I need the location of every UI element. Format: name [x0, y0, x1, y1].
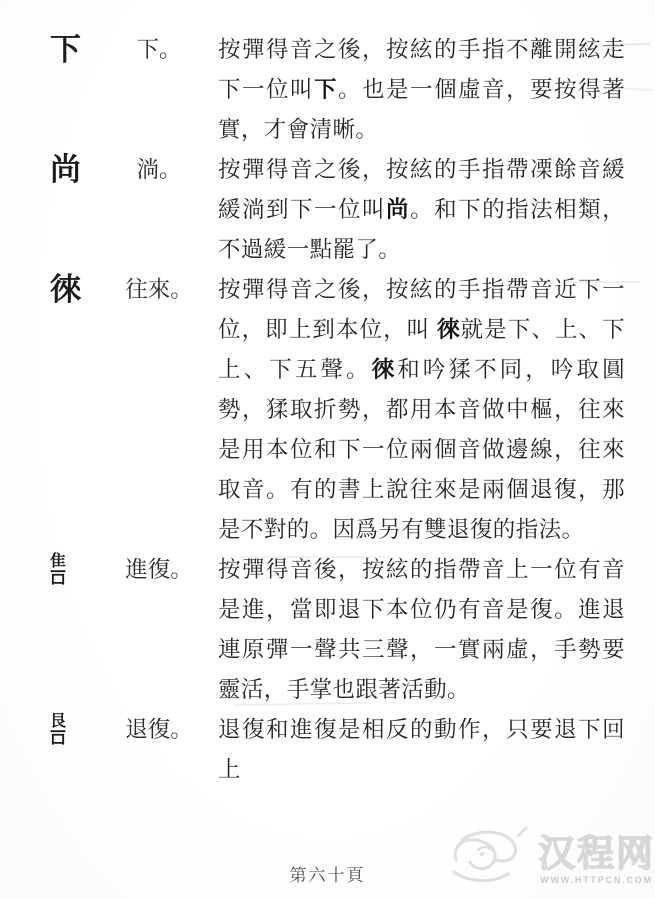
notation-symbol-glyph: 𠮛 [50, 570, 100, 587]
notation-symbol: 隹𠮛 [50, 550, 100, 587]
definition-text: 按彈得音之後，按絃的手指帶凓餘音緩緩淌到下一位叫尚。和下的指法相類，不過緩一點罷… [218, 150, 625, 270]
term-label: 退復。 [100, 710, 218, 750]
inline-notation-symbol: 尚 [386, 197, 410, 222]
glossary-entry: 尚淌。按彈得音之後，按絃的手指帶凓餘音緩緩淌到下一位叫尚。和下的指法相類，不過緩… [50, 150, 625, 270]
term-label: 下。 [100, 30, 218, 70]
notation-symbol-glyph: 艮 [50, 713, 100, 730]
notation-symbol-glyph: 徠 [50, 272, 81, 307]
scanned-page: 下下。按彈得音之後，按絃的手指不離開絃走下一位叫下。也是一個虛音，要按得著實，才… [0, 0, 655, 898]
text-segment: 和吟猱不同，吟取圓勢，猱取折勢，都用本音做中樞，往來是用本位和下一位兩個音做邊線… [218, 357, 625, 542]
text-segment: 按彈得音後，按絃的指帶音上一位有音是進，當即退下本位仍有音是復。進退連原彈一聲共… [218, 557, 625, 702]
glossary-entry: 隹𠮛進復。按彈得音後，按絃的指帶音上一位有音是進，當即退下本位仍有音是復。進退連… [50, 550, 625, 710]
text-segment: 退復和進復是相反的動作，只要退下回上 [218, 717, 625, 782]
notation-symbol: 徠 [50, 270, 100, 310]
definition-text: 退復和進復是相反的動作，只要退下回上 [218, 710, 625, 790]
inline-notation-symbol: 下 [314, 77, 338, 102]
definition-text: 按彈得音後，按絃的指帶音上一位有音是進，當即退下本位仍有音是復。進退連原彈一聲共… [218, 550, 625, 710]
notation-symbol-glyph: 隹 [50, 553, 100, 570]
inline-notation-symbol: 徠 [437, 317, 461, 342]
inline-notation-symbol: 徠 [372, 357, 398, 382]
glossary-entry: 徠往來。按彈得音之後，按絃的手指帶音近下一位，即上到本位，叫 徠就是下、上、下上… [50, 270, 625, 550]
notation-symbol-glyph: 下 [50, 32, 81, 67]
notation-symbol: 尚 [50, 150, 100, 190]
definition-text: 按彈得音之後，按絃的手指不離開絃走下一位叫下。也是一個虛音，要按得著實，才會清晰… [218, 30, 625, 150]
notation-symbol-glyph: 𠮛 [50, 730, 100, 747]
glossary-entry: 艮𠮛退復。退復和進復是相反的動作，只要退下回上 [50, 710, 625, 790]
term-label: 淌。 [100, 150, 218, 190]
page-number: 第六十頁 [0, 861, 655, 886]
glossary-list: 下下。按彈得音之後，按絃的手指不離開絃走下一位叫下。也是一個虛音，要按得著實，才… [50, 30, 625, 790]
term-label: 往來。 [100, 270, 218, 310]
definition-text: 按彈得音之後，按絃的手指帶音近下一位，即上到本位，叫 徠就是下、上、下上、下五聲… [218, 270, 625, 550]
term-label: 進復。 [100, 550, 218, 590]
notation-symbol: 艮𠮛 [50, 710, 100, 747]
notation-symbol-glyph: 尚 [50, 152, 81, 187]
glossary-entry: 下下。按彈得音之後，按絃的手指不離開絃走下一位叫下。也是一個虛音，要按得著實，才… [50, 30, 625, 150]
notation-symbol: 下 [50, 30, 100, 70]
